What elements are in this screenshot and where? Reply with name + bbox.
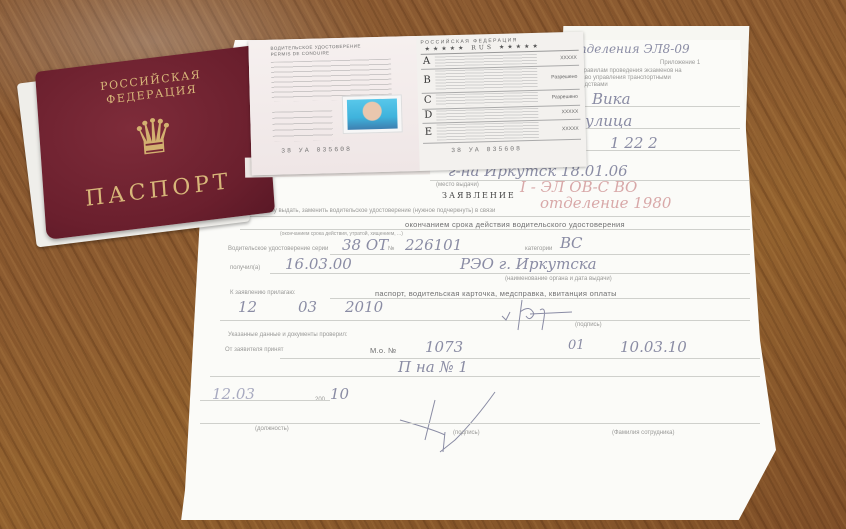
exam-date: 10.03.10	[620, 338, 687, 356]
form-top-handwriting: отделения ЭЛ8-09	[568, 42, 690, 56]
rule	[250, 216, 750, 217]
signature-label-2: (подпись)	[453, 430, 480, 436]
passport-title: ПАСПОРТ	[43, 164, 273, 217]
applicant-signature	[500, 290, 580, 340]
category-value: ВС	[560, 234, 583, 252]
category-table: A XXXXX B Разрешено C Разрешено D XXXXX …	[421, 50, 581, 143]
from-applicant-label: От заявителя принят	[225, 347, 283, 353]
date-year: 2010	[345, 298, 383, 316]
rule	[270, 273, 750, 274]
rule	[200, 400, 330, 401]
rule	[220, 320, 750, 321]
attached-label: К заявлению прилагаю:	[230, 290, 296, 296]
exam-label: М.о. №	[370, 346, 397, 355]
attached-value: паспорт, водительская карточка, медсправ…	[375, 289, 617, 298]
date-day: 12	[238, 298, 257, 316]
exam-number: 1073	[425, 338, 463, 356]
surname-label: (Фамилия сотрудника)	[612, 430, 675, 436]
form-title: ЗАЯВЛЕНИЕ	[442, 191, 516, 200]
bottom-year-suffix: 10	[330, 385, 349, 403]
rule	[580, 128, 740, 129]
rule	[580, 150, 740, 151]
position-label: (должность)	[255, 426, 289, 432]
verified-label: Указанные данные и документы проверил:	[228, 332, 348, 338]
license-issue-data	[272, 110, 333, 142]
signature-label: (подпись)	[575, 322, 602, 328]
license-number-label: №	[388, 246, 394, 252]
rule	[280, 358, 760, 359]
received-by: РЭО г. Иркутска	[460, 255, 597, 273]
rule	[580, 106, 740, 107]
issue-place-label: (место выдачи)	[436, 182, 479, 188]
rule	[210, 376, 760, 377]
license-series-label: Водительское удостоверение серии	[228, 246, 328, 252]
received-date: 16.03.00	[285, 255, 352, 273]
appendix-text: к Правилам проведения экзаменов на право…	[575, 68, 695, 89]
exam-from-label: 01	[568, 338, 585, 353]
license-number: 226101	[405, 236, 462, 254]
portrait	[347, 99, 398, 130]
reason-text: окончанием срока действия водительского …	[405, 220, 625, 229]
driver-license: ВОДИТЕЛЬСКОЕ УДОСТОВЕРЕНИЕ PERMIS DE CON…	[248, 32, 586, 176]
category-row-e: E XXXXX	[423, 119, 581, 144]
license-series: 38 ОТ	[342, 236, 388, 254]
appendix-label: Приложение 1	[660, 60, 700, 66]
license-photo	[342, 94, 403, 134]
category-label: категории	[525, 246, 552, 252]
double-headed-eagle-icon: ♛	[122, 105, 186, 170]
officer-signature	[395, 390, 505, 460]
passport: РОССИЙСКАЯ ФЕДЕРАЦИЯ ♛ ПАСПОРТ	[35, 44, 275, 240]
date-month: 03	[298, 298, 317, 316]
rule	[200, 423, 760, 424]
request-text: Прошу выдать, заменить водительское удос…	[258, 208, 495, 214]
license-serial-back: 38 УА 035608	[451, 145, 522, 154]
second-line: П на № 1	[398, 358, 468, 376]
received-label: получил(а)	[230, 265, 260, 271]
rule	[240, 229, 750, 230]
hand-red-2: отделение 1980	[540, 194, 671, 212]
authority-sub: (наименование органа и дата выдачи)	[505, 276, 612, 282]
